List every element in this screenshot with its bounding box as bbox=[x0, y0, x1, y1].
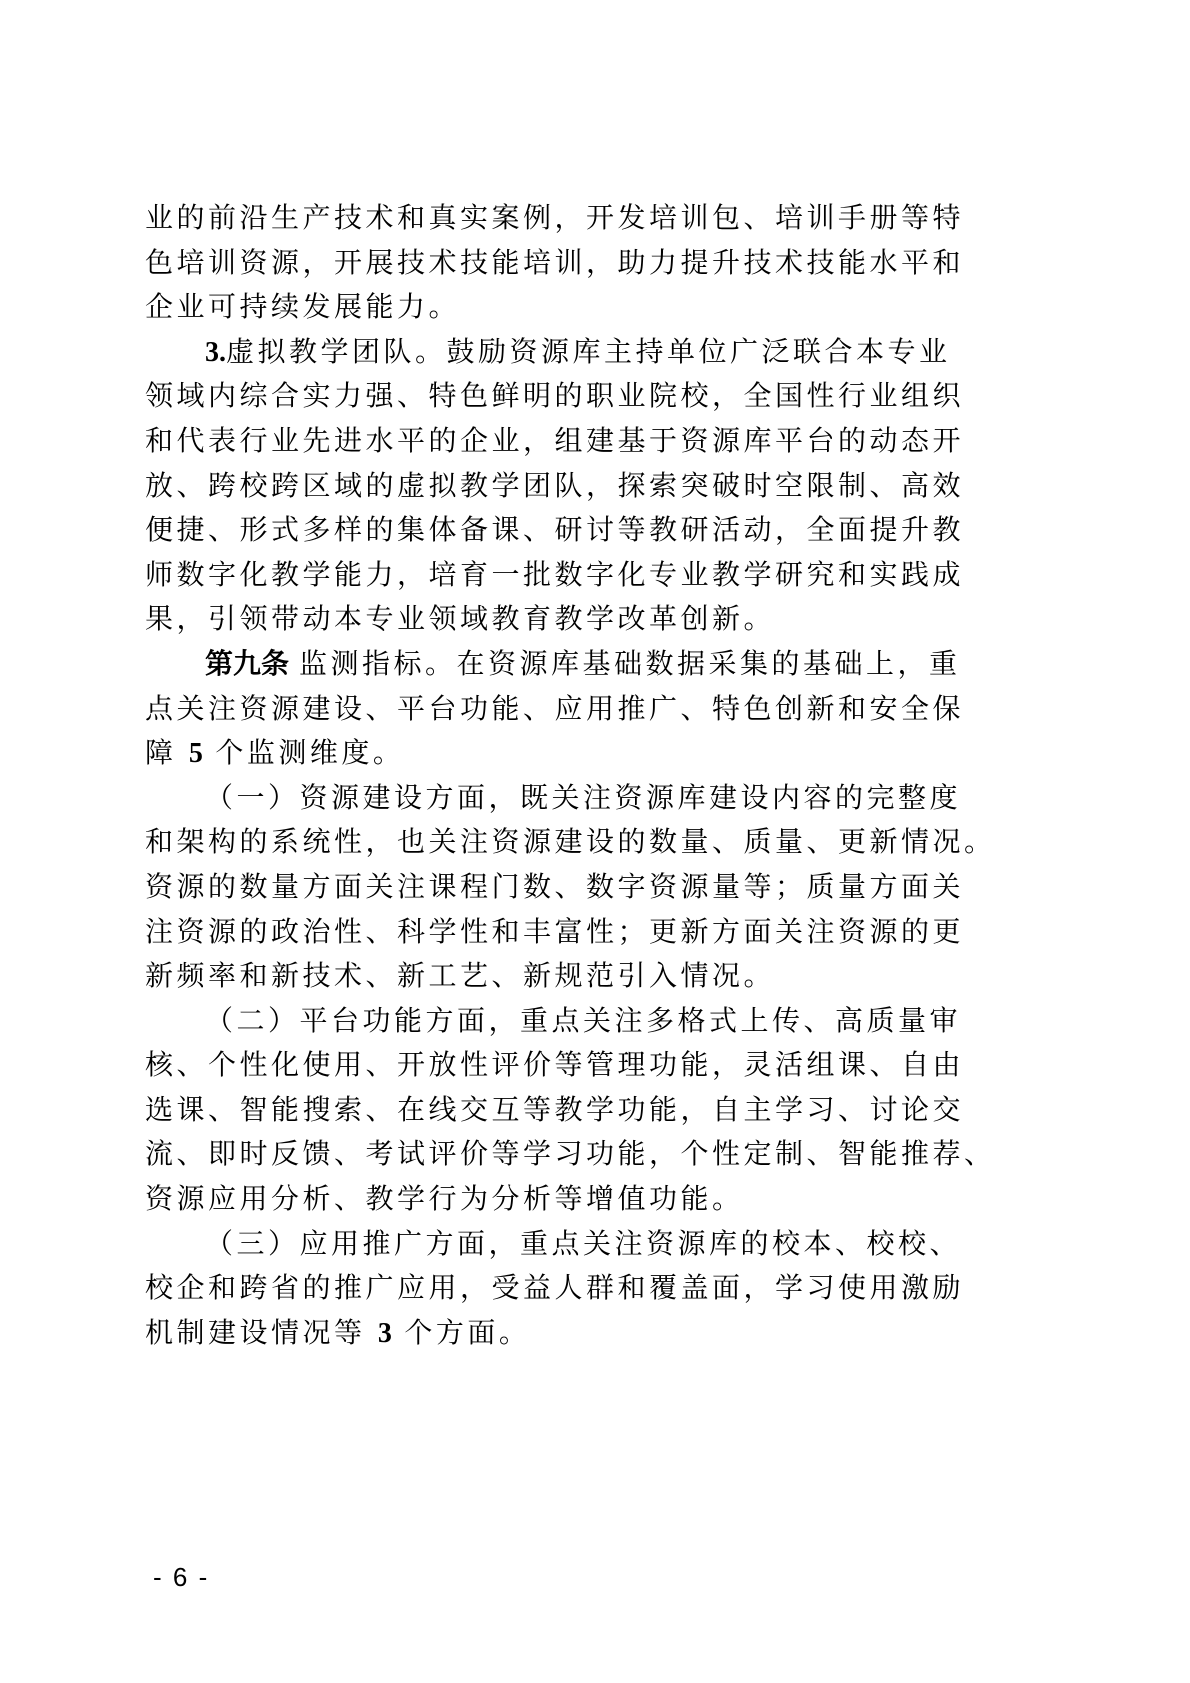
section-3-first-line: 3.虚拟教学团队。鼓励资源库主持单位广泛联合本专业 bbox=[145, 330, 975, 375]
text-fragment: 机制建设情况等 bbox=[145, 1316, 366, 1349]
text-line: 资源应用分析、教学行为分析等增值功能。 bbox=[145, 1177, 975, 1222]
text-line: 便捷、形式多样的集体备课、研讨等教研活动，全面提升教 bbox=[145, 508, 975, 553]
text-line: 校企和跨省的推广应用，受益人群和覆盖面，学习使用激励 bbox=[145, 1266, 975, 1311]
text-line: 放、跨校跨区域的虚拟教学团队，探索突破时空限制、高效 bbox=[145, 464, 975, 509]
text-line: 果，引领带动本专业领域教育教学改革创新。 bbox=[145, 597, 975, 642]
text-line: 和代表行业先进水平的企业，组建基于资源库平台的动态开 bbox=[145, 419, 975, 464]
text-line: 企业可持续发展能力。 bbox=[145, 285, 975, 330]
text-fragment: 障 bbox=[145, 736, 177, 769]
dimension-count: 5 bbox=[189, 738, 203, 769]
text-line: 色培训资源，开展技术技能培训，助力提升技术技能水平和 bbox=[145, 241, 975, 286]
section-3-text: 虚拟教学团队。鼓励资源库主持单位广泛联合本专业 bbox=[226, 335, 951, 368]
aspect-count: 3 bbox=[378, 1318, 392, 1349]
text-line: 注资源的政治性、科学性和丰富性；更新方面关注资源的更 bbox=[145, 910, 975, 955]
text-line: 选课、智能搜索、在线交互等教学功能，自主学习、讨论交 bbox=[145, 1088, 975, 1133]
text-fragment: 个方面。 bbox=[404, 1316, 530, 1349]
text-line: 新频率和新技术、新工艺、新规范引入情况。 bbox=[145, 954, 975, 999]
text-line: 和架构的系统性，也关注资源建设的数量、质量、更新情况。 bbox=[145, 820, 975, 865]
article-9-text: 监测指标。在资源库基础数据采集的基础上，重 bbox=[299, 647, 961, 680]
text-line: 核、个性化使用、开放性评价等管理功能，灵活组课、自由 bbox=[145, 1043, 975, 1088]
text-line: 流、即时反馈、考试评价等学习功能，个性定制、智能推荐、 bbox=[145, 1132, 975, 1177]
item-1-first-line: （一）资源建设方面，既关注资源库建设内容的完整度 bbox=[145, 776, 975, 821]
article-9-first-line: 第九条监测指标。在资源库基础数据采集的基础上，重 bbox=[145, 642, 975, 687]
text-line: 机制建设情况等 3 个方面。 bbox=[145, 1311, 975, 1356]
text-line: 领域内综合实力强、特色鲜明的职业院校，全国性行业组织 bbox=[145, 374, 975, 419]
text-line: 障 5 个监测维度。 bbox=[145, 731, 975, 776]
article-heading: 第九条 bbox=[205, 647, 289, 680]
text-fragment: 个监测维度。 bbox=[215, 736, 404, 769]
document-page: 业的前沿生产技术和真实案例，开发培训包、培训手册等特 色培训资源，开展技术技能培… bbox=[0, 0, 1190, 1683]
body-text: 业的前沿生产技术和真实案例，开发培训包、培训手册等特 色培训资源，开展技术技能培… bbox=[145, 196, 975, 1355]
text-line: 业的前沿生产技术和真实案例，开发培训包、培训手册等特 bbox=[145, 196, 975, 241]
section-number: 3. bbox=[205, 337, 226, 368]
text-line: 师数字化教学能力，培育一批数字化专业教学研究和实践成 bbox=[145, 553, 975, 598]
item-3-first-line: （三）应用推广方面，重点关注资源库的校本、校校、 bbox=[145, 1222, 975, 1267]
item-2-first-line: （二）平台功能方面，重点关注多格式上传、高质量审 bbox=[145, 999, 975, 1044]
text-line: 资源的数量方面关注课程门数、数字资源量等；质量方面关 bbox=[145, 865, 975, 910]
page-number: - 6 - bbox=[153, 1562, 209, 1593]
text-line: 点关注资源建设、平台功能、应用推广、特色创新和安全保 bbox=[145, 687, 975, 732]
